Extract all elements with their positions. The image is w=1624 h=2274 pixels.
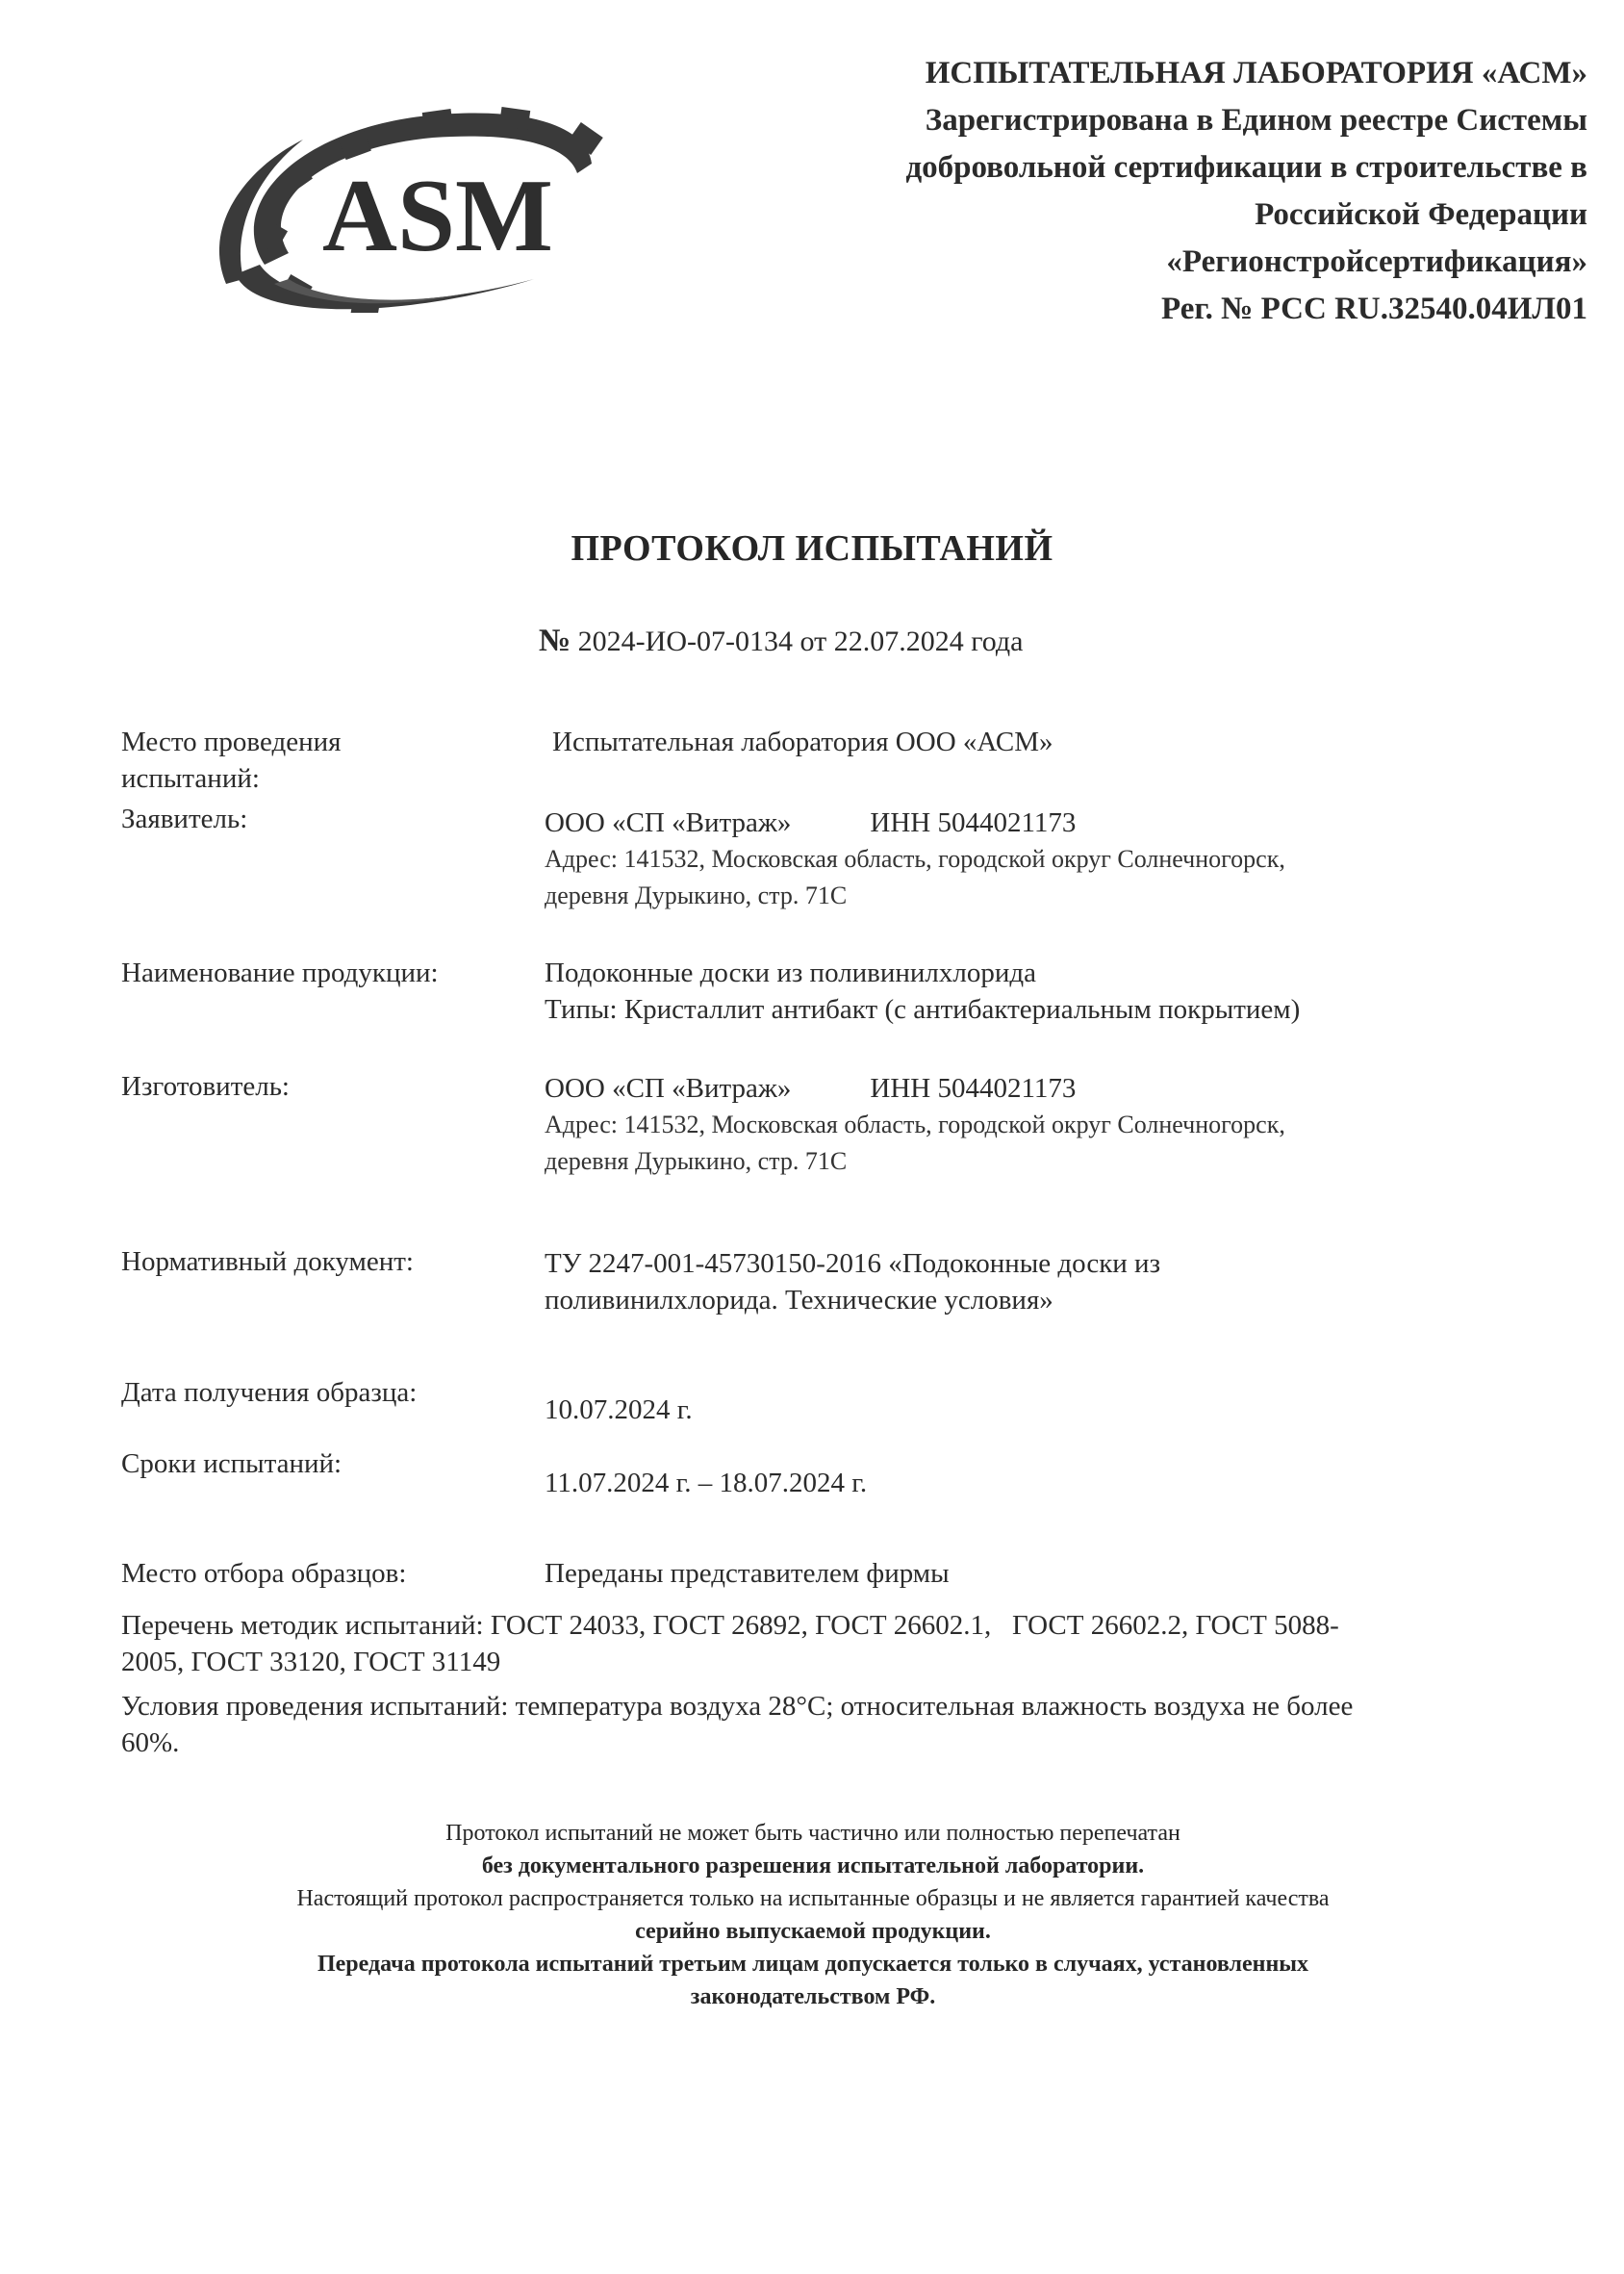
- disclaimer-line5: Передача протокола испытаний третьим лиц…: [144, 1948, 1482, 1980]
- testing-period-label: Сроки испытаний:: [121, 1445, 506, 1482]
- document-number: № 2024-ИО-07-0134 от 22.07.2024 года: [539, 624, 1023, 659]
- manufacturer-label: Изготовитель:: [121, 1068, 506, 1105]
- number-sign: №: [539, 624, 571, 658]
- svg-text:ASM: ASM: [322, 159, 553, 273]
- sampling-value: Переданы представителем фирмы: [545, 1555, 1564, 1592]
- manufacturer-company: ООО «СП «Витраж»: [545, 1073, 791, 1104]
- product-value: Подоконные доски из поливинилхлорида Тип…: [545, 955, 1564, 1028]
- place-label-line2: испытаний:: [121, 760, 506, 797]
- lab-header: ИСПЫТАТЕЛЬНАЯ ЛАБОРАТОРИЯ «АСМ» Зарегист…: [799, 50, 1587, 333]
- test-methods-line1: Перечень методик испытаний: ГОСТ 24033, …: [121, 1607, 1574, 1644]
- disclaimer-line2: без документального разрешения испытател…: [144, 1850, 1482, 1882]
- place-value: Испытательная лаборатория ООО «АСМ»: [552, 724, 1572, 760]
- disclaimer-line1: Протокол испытаний не может быть частичн…: [144, 1817, 1482, 1850]
- normative-value: ТУ 2247-001-45730150-2016 «Подоконные до…: [545, 1245, 1564, 1318]
- place-label-line1: Место проведения: [121, 724, 506, 760]
- manufacturer-inn: ИНН 5044021173: [870, 1070, 1076, 1107]
- applicant-label: Заявитель:: [121, 801, 506, 837]
- place-label: Место проведения испытаний:: [121, 724, 506, 797]
- test-conditions: Условия проведения испытаний: температур…: [121, 1688, 1574, 1761]
- gear-swoosh-logo-icon: ASM: [207, 82, 630, 313]
- disclaimer: Протокол испытаний не может быть частичн…: [144, 1817, 1482, 2013]
- lab-name: ИСПЫТАТЕЛЬНАЯ ЛАБОРАТОРИЯ «АСМ»: [799, 50, 1587, 97]
- received-date-label: Дата получения образца:: [121, 1374, 506, 1411]
- normative-label: Нормативный документ:: [121, 1243, 506, 1280]
- registration-line: добровольной сертификации в строительств…: [799, 144, 1587, 192]
- registration-number: Рег. № РСС RU.32540.04ИЛ01: [799, 286, 1587, 333]
- applicant-address-line2: деревня Дурыкино, стр. 71С: [545, 878, 1564, 914]
- applicant-value: ООО «СП «Витраж»ИНН 5044021173 Адрес: 14…: [545, 805, 1564, 914]
- manufacturer-address-line1: Адрес: 141532, Московская область, город…: [545, 1107, 1564, 1143]
- registration-line: Зарегистрирована в Едином реестре Систем…: [799, 97, 1587, 144]
- test-methods-line2: 2005, ГОСТ 33120, ГОСТ 31149: [121, 1644, 1574, 1680]
- product-label: Наименование продукции:: [121, 955, 506, 991]
- applicant-address-line1: Адрес: 141532, Московская область, город…: [545, 841, 1564, 878]
- manufacturer-value: ООО «СП «Витраж»ИНН 5044021173 Адрес: 14…: [545, 1070, 1564, 1180]
- test-methods: Перечень методик испытаний: ГОСТ 24033, …: [121, 1607, 1574, 1680]
- asm-logo: ASM: [207, 82, 630, 313]
- applicant-inn: ИНН 5044021173: [870, 805, 1076, 841]
- test-conditions-line1: Условия проведения испытаний: температур…: [121, 1688, 1574, 1725]
- normative-line1: ТУ 2247-001-45730150-2016 «Подоконные до…: [545, 1245, 1564, 1282]
- registry-name: «Регионстройсертификация»: [799, 239, 1587, 286]
- manufacturer-address-line2: деревня Дурыкино, стр. 71С: [545, 1143, 1564, 1180]
- disclaimer-line4: серийно выпускаемой продукции.: [144, 1915, 1482, 1948]
- disclaimer-line6: законодательством РФ.: [144, 1980, 1482, 2013]
- product-name: Подоконные доски из поливинилхлорида: [545, 955, 1564, 991]
- disclaimer-line3: Настоящий протокол распространяется толь…: [144, 1882, 1482, 1915]
- document-number-text: 2024-ИО-07-0134 от 22.07.2024 года: [578, 626, 1024, 657]
- document-title: ПРОТОКОЛ ИСПЫТАНИЙ: [0, 527, 1624, 570]
- applicant-company: ООО «СП «Витраж»: [545, 807, 791, 838]
- product-types: Типы: Кристаллит антибакт (с антибактери…: [545, 991, 1564, 1028]
- test-conditions-line2: 60%.: [121, 1725, 1574, 1761]
- registration-line: Российской Федерации: [799, 192, 1587, 239]
- sampling-label: Место отбора образцов:: [121, 1555, 506, 1592]
- received-date-value: 10.07.2024 г.: [545, 1392, 1564, 1428]
- testing-period-value: 11.07.2024 г. – 18.07.2024 г.: [545, 1465, 1564, 1501]
- normative-line2: поливинилхлорида. Технические условия»: [545, 1282, 1564, 1318]
